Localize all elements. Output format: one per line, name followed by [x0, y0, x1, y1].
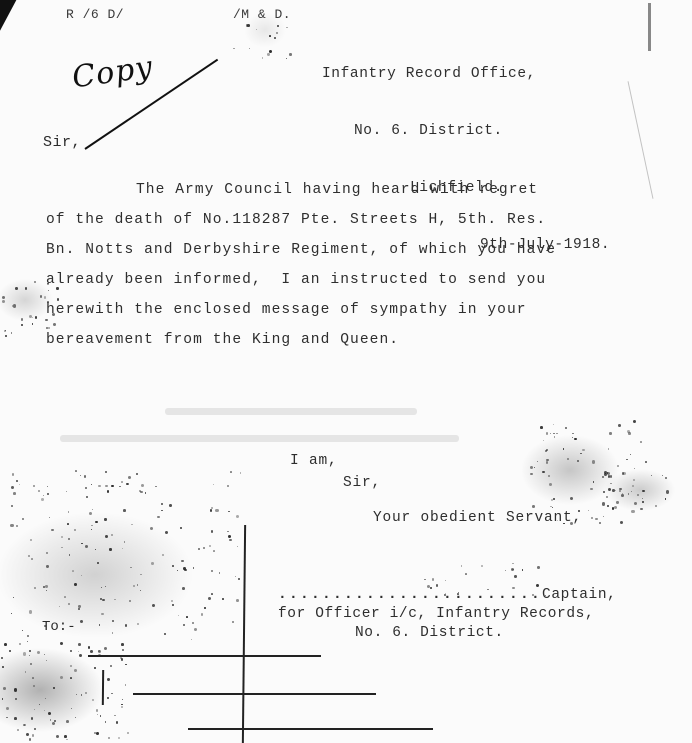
copy-handwritten-annotation: Copy — [70, 50, 155, 96]
closing-sir: Sir, — [343, 475, 381, 491]
reference-right: /M & D. — [233, 7, 291, 22]
body-line: of the death of No.118287 Pte. Streets H… — [46, 205, 646, 235]
closing-i-am: I am, — [290, 453, 338, 469]
letterhead-district: No. 6. District. — [322, 122, 610, 141]
addressee-label: To:- — [42, 619, 76, 635]
faded-show-through-text — [60, 408, 480, 468]
signature-dots: ........................ — [278, 587, 542, 603]
vertical-rule-small — [102, 670, 104, 705]
signature-for-line: for Officer i/c, Infantry Records, — [278, 605, 616, 624]
address-line-3 — [188, 728, 433, 730]
closing-obedient-servant: Your obedient Servant, — [373, 510, 582, 526]
body-line: bereavement from the King and Queen. — [46, 325, 646, 355]
letter-page: R /6 D/ /M & D. Copy Infantry Record Off… — [0, 0, 692, 743]
signature-line: ........................Captain, — [278, 586, 616, 605]
vertical-rule — [242, 525, 246, 743]
body-line: The Army Council having heard with regre… — [46, 175, 646, 205]
body-line: already been informed, I an instructed t… — [46, 265, 646, 295]
letter-body: The Army Council having heard with regre… — [46, 175, 646, 355]
letterhead-office: Infantry Record Office, — [322, 65, 610, 84]
corner-mark — [0, 0, 18, 38]
body-line: Bn. Notts and Derbyshire Regiment, of wh… — [46, 235, 646, 265]
signature-rank: Captain, — [542, 587, 616, 603]
body-line: herewith the enclosed message of sympath… — [46, 295, 646, 325]
signature-district: No. 6. District. — [278, 624, 616, 643]
salutation: Sir, — [43, 134, 81, 151]
address-line-2 — [133, 693, 376, 695]
signature-block: ........................Captain, for Off… — [278, 586, 616, 643]
staple-mark — [648, 3, 651, 51]
reference-left: R /6 D/ — [66, 7, 124, 22]
address-line-1 — [88, 655, 321, 657]
